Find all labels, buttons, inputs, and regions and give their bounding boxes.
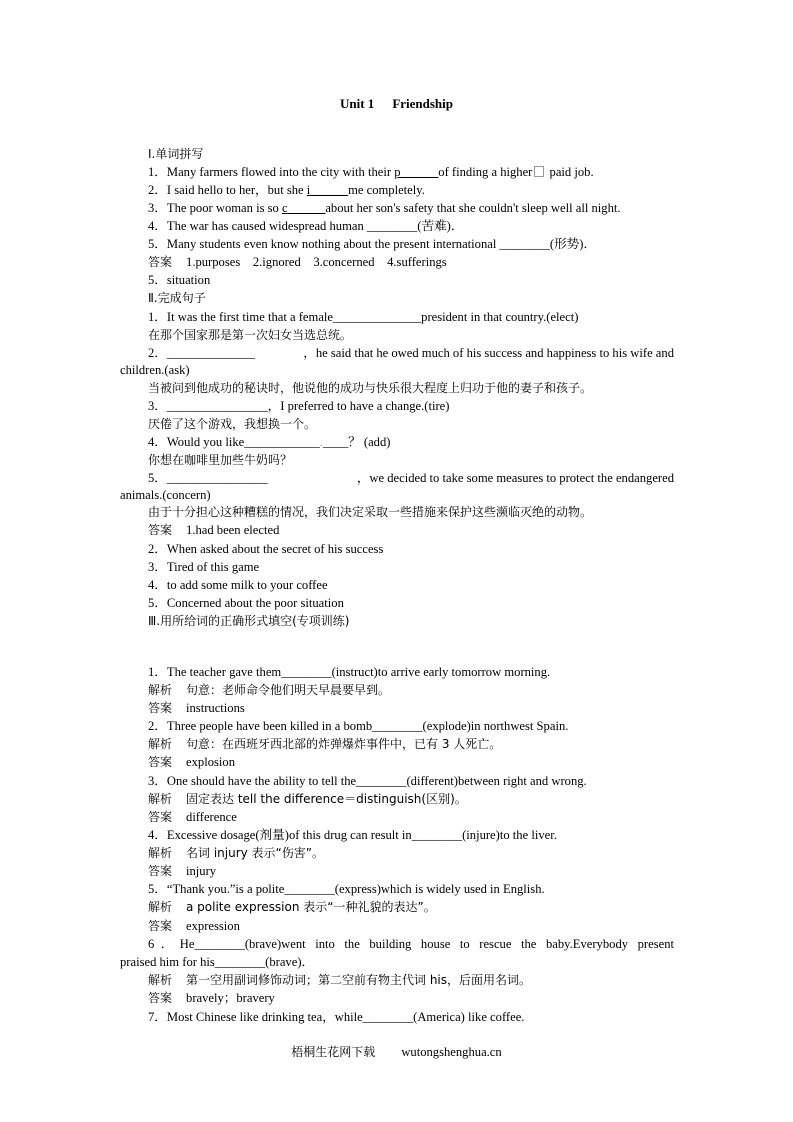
answer-label: 答案 xyxy=(148,523,172,537)
s3-q3: 3．One should have the ability to tell th… xyxy=(148,773,587,789)
s3-q6: 6．He________(brave)went into the buildin… xyxy=(148,936,674,952)
s3-a4-answer: 答案injury xyxy=(148,863,216,879)
s2-answer-3: 3．Tired of this game xyxy=(148,559,259,575)
unit-number: Unit 1 xyxy=(340,96,374,111)
s1-item-3: 3．The poor woman is so c______about her … xyxy=(148,200,621,216)
section1-heading: Ⅰ.单词拼写 xyxy=(148,146,203,162)
s2-item-3: 3．________________，I preferred to have a… xyxy=(148,398,449,414)
answer-label: 答案 xyxy=(148,255,172,269)
s2-answers: 答案1.had been elected xyxy=(148,522,279,538)
s1-item-5: 5．Many students even know nothing about … xyxy=(148,236,596,252)
s2-item-5: 5．________________，we decided to take so… xyxy=(148,470,674,486)
s2-item-4-cn: 你想在咖啡里加些牛奶吗？ xyxy=(148,452,292,468)
s3-a4-analysis: 解析名词 injury 表示“伤害”。 xyxy=(148,845,324,861)
s3-a1-answer: 答案instructions xyxy=(148,700,245,716)
s2-item-2-cn: 当被问到他成功的秘诀时，他说他的成功与快乐很大程度上归功于他的妻子和孩子。 xyxy=(148,380,592,396)
s2-item-2-cont: children.(ask) xyxy=(120,362,190,378)
s3-a3-analysis: 解析固定表达 tell the difference＝distinguish(区… xyxy=(148,791,467,807)
s3-a2-analysis: 解析句意：在西班牙西北部的炸弹爆炸事件中，已有 3 人死亡。 xyxy=(148,736,501,752)
s3-a3-answer: 答案difference xyxy=(148,809,237,825)
s3-a1-analysis: 解析句意：老师命令他们明天早晨要早到。 xyxy=(148,682,390,698)
document-page: Unit 1Friendship Ⅰ.单词拼写 1．Many farmers f… xyxy=(0,0,793,1122)
s1-item-2: 2．I said hello to her，but she i______me … xyxy=(148,182,425,198)
s3-q6-cont: praised him for his________(brave)． xyxy=(120,954,314,970)
s1-answers-cont: 5．situation xyxy=(148,272,210,288)
s2-answer-5: 5．Concerned about the poor situation xyxy=(148,595,344,611)
s2-item-1-cn: 在那个国家那是第一次妇女当选总统。 xyxy=(148,327,352,343)
missing-glyph-icon xyxy=(534,166,544,177)
s3-q4: 4．Excessive dosage(剂量)of this drug can r… xyxy=(148,827,557,843)
unit-name: Friendship xyxy=(392,96,453,111)
s1-item-1: 1．Many farmers flowed into the city with… xyxy=(148,164,594,180)
s2-item-4: 4．Would you like____________.____？ (add) xyxy=(148,434,390,450)
s2-item-5-cont: animals.(concern) xyxy=(120,487,211,503)
s3-a6-analysis: 解析第一空用副词修饰动词；第二空前有物主代词 his，后面用名词。 xyxy=(148,972,531,988)
footer-site-name: 梧桐生花网下载 xyxy=(291,1045,375,1059)
s3-q2: 2．Three people have been killed in a bom… xyxy=(148,718,568,734)
s2-answer-4: 4．to add some milk to your coffee xyxy=(148,577,328,593)
s1-item-4: 4．The war has caused widespread human __… xyxy=(148,218,463,234)
s3-q7: 7．Most Chinese like drinking tea，while__… xyxy=(148,1009,524,1025)
page-title: Unit 1Friendship xyxy=(0,96,793,112)
section2-heading: Ⅱ.完成句子 xyxy=(148,290,206,306)
page-footer: 梧桐生花网下载wutongshenghua.cn xyxy=(0,1043,793,1060)
s2-item-1: 1．It was the first time that a female___… xyxy=(148,309,578,325)
s2-answer-2: 2．When asked about the secret of his suc… xyxy=(148,541,383,557)
s3-q5: 5．“Thank you.”is a polite________(expres… xyxy=(148,881,545,897)
s3-a6-answer: 答案bravely；bravery xyxy=(148,990,275,1006)
footer-site-url: wutongshenghua.cn xyxy=(401,1045,501,1059)
s3-a2-answer: 答案explosion xyxy=(148,754,235,770)
s1-answers: 答案1.purposes 2.ignored 3.concerned 4.suf… xyxy=(148,254,447,270)
s2-item-3-cn: 厌倦了这个游戏，我想换一个。 xyxy=(148,416,316,432)
s2-item-2: 2．______________，he said that he owed mu… xyxy=(148,345,674,361)
s2-item-5-cn: 由于十分担心这种糟糕的情况，我们决定采取一些措施来保护这些濒临灭绝的动物。 xyxy=(148,504,592,520)
s3-q1: 1．The teacher gave them________(instruct… xyxy=(148,664,550,680)
s3-a5-analysis: 解析a polite expression 表示“一种礼貌的表达”。 xyxy=(148,899,436,915)
s3-a5-answer: 答案expression xyxy=(148,918,240,934)
section3-heading: Ⅲ.用所给词的正确形式填空(专项训练) xyxy=(148,613,349,629)
